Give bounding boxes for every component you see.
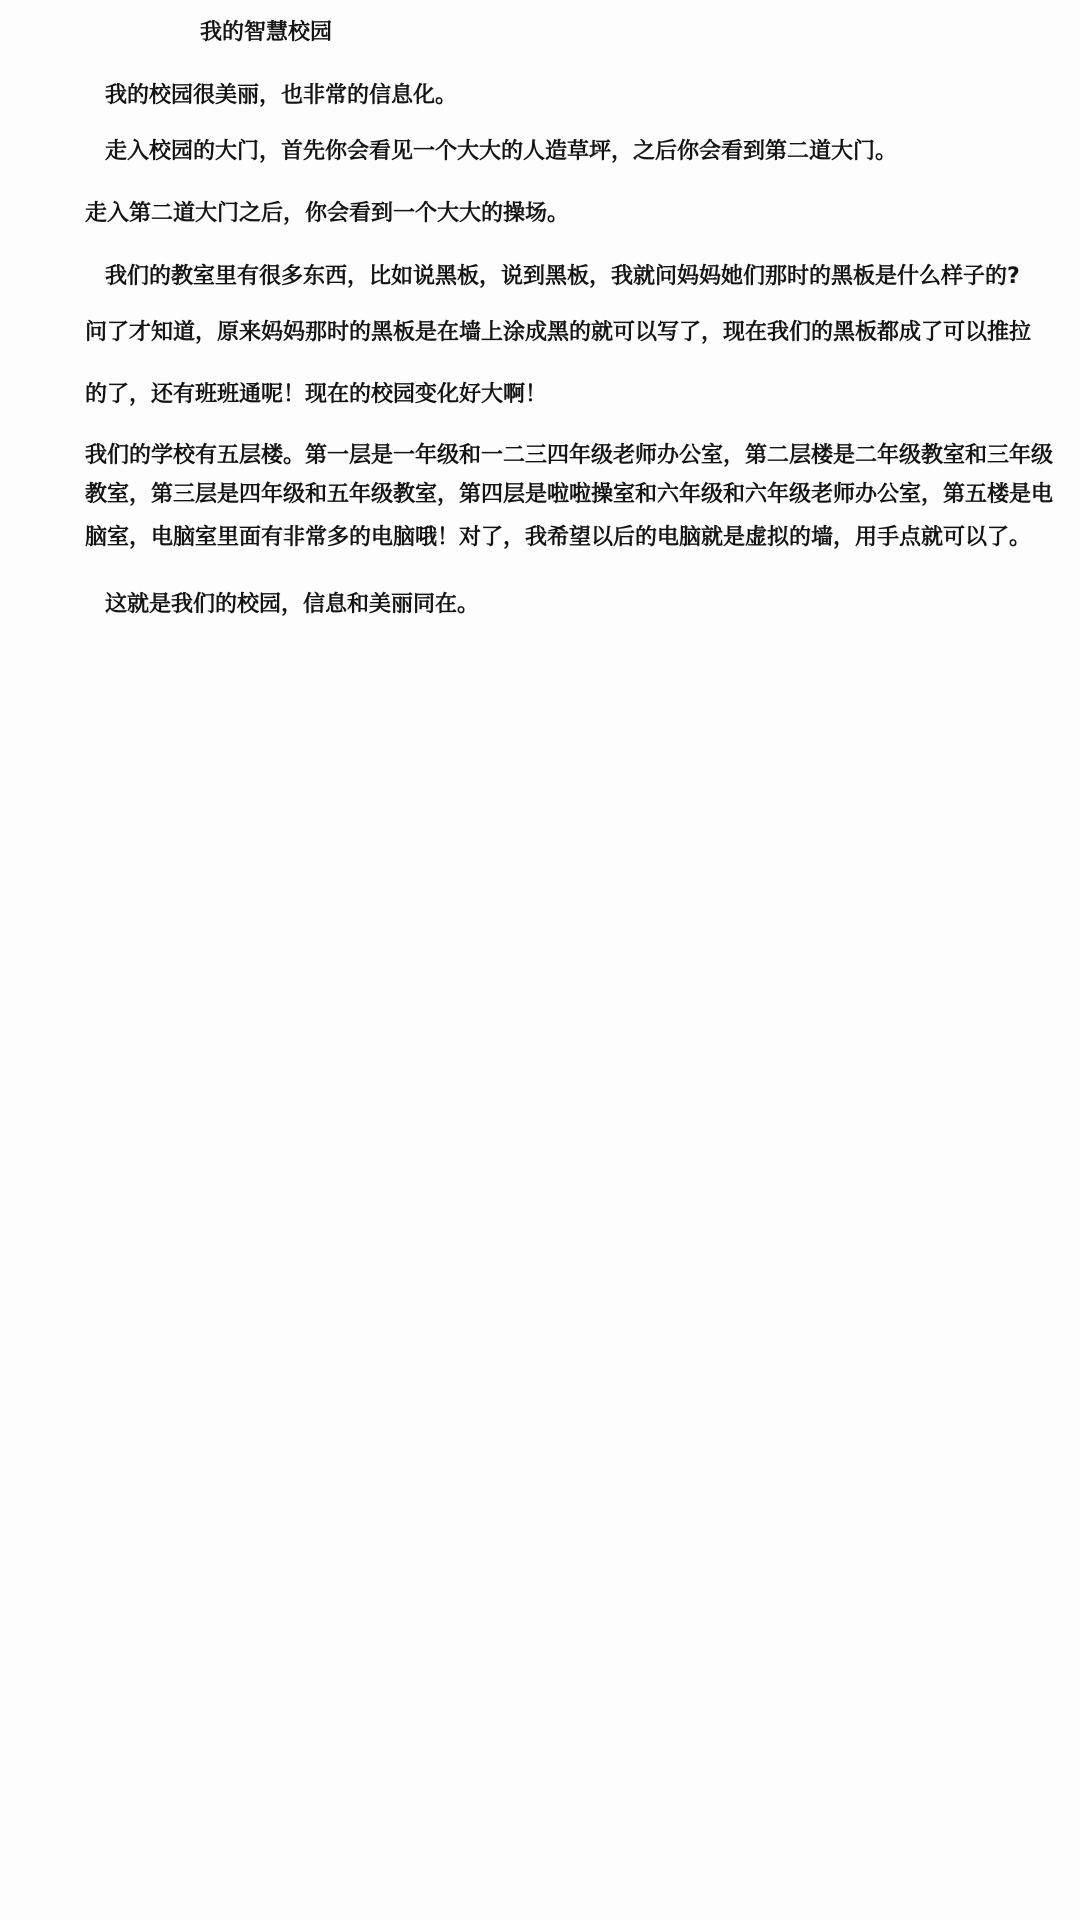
essay-line-8: 教室，第三层是四年级和五年级教室，第四层是啦啦操室和六年级和六年级老师办公室，第…	[85, 482, 1053, 508]
essay-line-1: 我的校园很美丽，也非常的信息化。	[105, 83, 457, 109]
document-title: 我的智慧校园	[200, 20, 332, 46]
essay-line-6: 的了，还有班班通呢！现在的校园变化好大啊！	[85, 382, 547, 408]
essay-line-9: 脑室，电脑室里面有非常多的电脑哦！对了，我希望以后的电脑就是虚拟的墙，用手点就可…	[85, 525, 1031, 551]
essay-line-2: 走入校园的大门，首先你会看见一个大大的人造草坪，之后你会看到第二道大门。	[105, 139, 897, 165]
document-page: 我的智慧校园 我的校园很美丽，也非常的信息化。 走入校园的大门，首先你会看见一个…	[0, 0, 1080, 1920]
essay-line-10: 这就是我们的校园，信息和美丽同在。	[105, 592, 479, 618]
essay-line-7: 我们的学校有五层楼。第一层是一年级和一二三四年级老师办公室，第二层楼是二年级教室…	[85, 443, 1053, 469]
essay-line-5: 问了才知道，原来妈妈那时的黑板是在墙上涂成黑的就可以写了，现在我们的黑板都成了可…	[85, 320, 1031, 346]
essay-line-4: 我们的教室里有很多东西，比如说黑板，说到黑板，我就问妈妈她们那时的黑板是什么样子…	[105, 264, 1020, 290]
essay-line-3: 走入第二道大门之后，你会看到一个大大的操场。	[85, 201, 569, 227]
